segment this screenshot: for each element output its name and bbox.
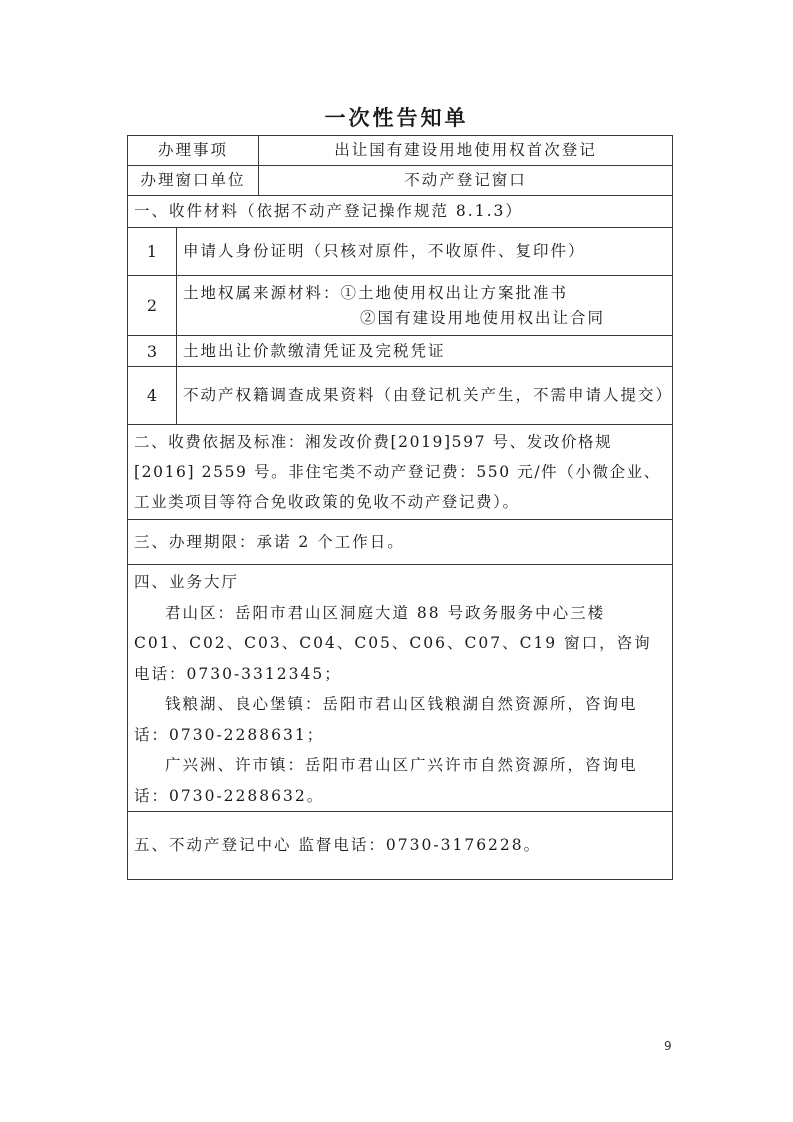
material-text: 土地出让价款缴清凭证及完税凭证 <box>177 336 673 367</box>
document-title: 一次性告知单 <box>0 104 793 132</box>
fees-row: 二、收费依据及标准：湘发改价费[2019]597 号、发改价格规[2016] 2… <box>128 425 673 520</box>
material-row: 2 土地权属来源材料：①土地使用权出让方案批准书 ②国有建设用地使用权出让合同 <box>128 276 673 336</box>
material-number: 4 <box>128 367 177 425</box>
hall-entry-qianlianghu: 钱粮湖、良心堡镇：岳阳市君山区钱粮湖自然资源所，咨询电话：0730-228863… <box>134 689 666 750</box>
material-number: 1 <box>128 228 177 276</box>
label-window: 办理窗口单位 <box>128 166 259 196</box>
hall-entry-guangxingzhou: 广兴洲、许市镇：岳阳市君山区广兴许市自然资源所，咨询电话：0730-228863… <box>134 750 666 811</box>
value-item: 出让国有建设用地使用权首次登记 <box>259 136 673 166</box>
hall-entry-junshan: 君山区：岳阳市君山区洞庭大道 88 号政务服务中心三楼 C01、C02、C03、… <box>134 598 666 690</box>
materials-heading: 一、收件材料（依据不动产登记操作规范 8.1.3） <box>128 196 673 228</box>
halls-row: 四、业务大厅 君山区：岳阳市君山区洞庭大道 88 号政务服务中心三楼 C01、C… <box>128 565 673 812</box>
materials-heading-row: 一、收件材料（依据不动产登记操作规范 8.1.3） <box>128 196 673 228</box>
material-line: ②国有建设用地使用权出让合同 <box>183 306 666 331</box>
halls-heading: 四、业务大厅 <box>134 567 666 598</box>
label-item: 办理事项 <box>128 136 259 166</box>
material-row: 3 土地出让价款缴清凭证及完税凭证 <box>128 336 673 367</box>
period-text: 三、办理期限：承诺 2 个工作日。 <box>128 520 673 565</box>
supervision-row: 五、不动产登记中心 监督电话：0730-3176228。 <box>128 812 673 880</box>
material-text: 不动产权籍调查成果资料（由登记机关产生，不需申请人提交） <box>177 367 673 425</box>
row-window: 办理窗口单位 不动产登记窗口 <box>128 166 673 196</box>
row-item: 办理事项 出让国有建设用地使用权首次登记 <box>128 136 673 166</box>
supervision-text: 五、不动产登记中心 监督电话：0730-3176228。 <box>128 812 673 880</box>
material-number: 3 <box>128 336 177 367</box>
material-row: 4 不动产权籍调查成果资料（由登记机关产生，不需申请人提交） <box>128 367 673 425</box>
material-row: 1 申请人身份证明（只核对原件，不收原件、复印件） <box>128 228 673 276</box>
material-line: 土地权属来源材料：①土地使用权出让方案批准书 <box>183 281 666 306</box>
material-text: 申请人身份证明（只核对原件，不收原件、复印件） <box>177 228 673 276</box>
period-row: 三、办理期限：承诺 2 个工作日。 <box>128 520 673 565</box>
page-number: 9 <box>664 1039 672 1053</box>
material-number: 2 <box>128 276 177 336</box>
value-window: 不动产登记窗口 <box>259 166 673 196</box>
halls-cell: 四、业务大厅 君山区：岳阳市君山区洞庭大道 88 号政务服务中心三楼 C01、C… <box>128 565 673 812</box>
fees-text: 二、收费依据及标准：湘发改价费[2019]597 号、发改价格规[2016] 2… <box>128 425 673 520</box>
material-text: 土地权属来源材料：①土地使用权出让方案批准书 ②国有建设用地使用权出让合同 <box>177 276 673 336</box>
notice-table: 办理事项 出让国有建设用地使用权首次登记 办理窗口单位 不动产登记窗口 一、收件… <box>127 135 673 880</box>
